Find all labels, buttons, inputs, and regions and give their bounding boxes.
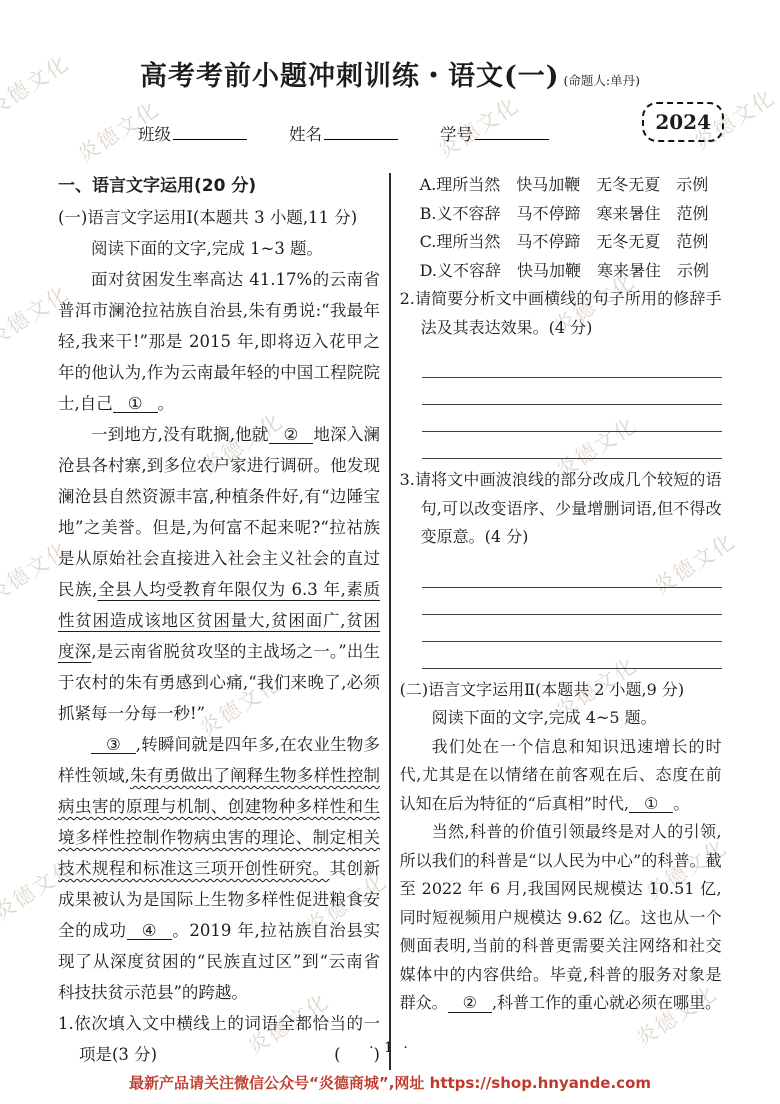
text-segment: ,科普工作的重心就必须在哪里。 <box>492 993 721 1012</box>
option-b-item: 马不停蹄 <box>516 204 580 223</box>
option-b-item: 义不容辞 <box>436 204 500 223</box>
answer-line <box>422 378 722 405</box>
option-b-label: B. <box>420 204 437 223</box>
text-segment: 当然,科普的价值引领最终是对人的引领,所以我们的科普是“以人民为中心”的科普。截… <box>400 822 722 1012</box>
student-id-blank-line <box>475 123 549 141</box>
option-d-item: 快马加鞭 <box>517 261 581 280</box>
answer-line <box>422 351 722 378</box>
page-number: · 1 · <box>0 1040 780 1056</box>
option-c-label: C. <box>420 232 437 251</box>
reading-prompt-2: 阅读下面的文字,完成 4~5 题。 <box>400 704 722 733</box>
option-c-item: 范例 <box>676 232 708 251</box>
option-d-label: D. <box>420 261 437 280</box>
reading-prompt-1: 阅读下面的文字,完成 1~3 题。 <box>58 233 380 264</box>
text-segment: 面对贫困发生率高达 41.17%的云南省普洱市澜沧拉祜族自治县,朱有勇说:“我最… <box>58 270 380 413</box>
option-a-label: A. <box>420 175 437 194</box>
answer-line <box>422 432 722 459</box>
option-a-item: 示例 <box>676 175 708 194</box>
right-column: A.理所当然快马加鞭无冬无夏示例 B.义不容辞马不停蹄寒来暑住范例 C.理所当然… <box>400 171 722 1070</box>
section1-subheading: (一)语言文字运用Ⅰ(本题共 3 小题,11 分) <box>58 202 380 233</box>
answer-line <box>422 588 722 615</box>
option-a-item: 理所当然 <box>436 175 500 194</box>
passage2-paragraph-2: 当然,科普的价值引领最终是对人的引领,所以我们的科普是“以人民为中心”的科普。截… <box>400 818 722 1018</box>
question-2: 2.请简要分析文中画横线的句子所用的修辞手法及其表达效果。(4 分) <box>400 285 722 342</box>
class-blank-line <box>173 123 247 141</box>
question-1-number: 1. <box>58 1014 74 1033</box>
fill-in-blank-slot: ④ <box>127 922 172 940</box>
footer-notice: 最新产品请关注微信公众号“炎德商城”,网址 https://shop.hnyan… <box>0 1072 780 1093</box>
option-c-item: 理所当然 <box>436 232 500 251</box>
student-id-label: 学号 <box>440 125 473 144</box>
fill-in-blank-slot: ① <box>629 796 673 814</box>
text-segment: 一到地方,没有耽搁,他就 <box>91 425 269 444</box>
fill-in-blank-slot: ③ <box>91 736 136 754</box>
passage1-paragraph-1: 面对贫困发生率高达 41.17%的云南省普洱市澜沧拉祜族自治县,朱有勇说:“我最… <box>58 264 380 419</box>
name-field: 姓名 <box>289 121 398 145</box>
option-row-d: D.义不容辞快马加鞭寒来暑住示例 <box>400 257 722 286</box>
option-a-item: 无冬无夏 <box>596 175 660 194</box>
student-id-field: 学号 <box>440 121 549 145</box>
option-row-a: A.理所当然快马加鞭无冬无夏示例 <box>400 171 722 200</box>
option-c-item: 无冬无夏 <box>596 232 660 251</box>
fill-in-blank-slot: ② <box>269 426 314 444</box>
option-b-item: 范例 <box>676 204 708 223</box>
text-segment: ,是云南省脱贫攻坚的主战场之一。”出生于农村的朱有勇感到心痛,“我们来晚了,必须… <box>58 642 380 723</box>
option-row-b: B.义不容辞马不停蹄寒来暑住范例 <box>400 200 722 229</box>
answer-line <box>422 561 722 588</box>
name-label: 姓名 <box>289 125 322 144</box>
question-3-answer-area <box>400 561 722 669</box>
option-b-item: 寒来暑住 <box>596 204 660 223</box>
section2-subheading: (二)语言文字运用Ⅱ(本题共 2 小题,9 分) <box>400 676 722 705</box>
answer-line <box>422 405 722 432</box>
name-blank-line <box>324 123 398 141</box>
answer-line <box>422 642 722 669</box>
fill-in-blank-slot: ① <box>113 395 158 413</box>
year-badge: 2024 <box>642 102 724 142</box>
question-2-answer-area <box>400 351 722 459</box>
option-row-c: C.理所当然马不停蹄无冬无夏范例 <box>400 228 722 257</box>
title-note: (命题人:单丹) <box>564 73 640 88</box>
class-label: 班级 <box>138 125 171 144</box>
option-d-item: 示例 <box>677 261 709 280</box>
page-title: 高考考前小题冲刺训练・语文(一) <box>140 61 560 92</box>
fill-in-blank-slot: ② <box>448 995 492 1013</box>
option-d-item: 寒来暑住 <box>597 261 661 280</box>
question-3: 3.请将文中画波浪线的部分改成几个较短的语句,可以改变语序、少量增删词语,但不得… <box>400 466 722 552</box>
question-3-text: 请将文中画波浪线的部分改成几个较短的语句,可以改变语序、少量增删词语,但不得改变… <box>415 470 722 546</box>
passage1-paragraph-3: ③,转瞬间就是四年多,在农业生物多样性领域,朱有勇做出了阐释生物多样性控制病虫害… <box>58 729 380 1008</box>
exam-page: 炎德文化 炎德文化 炎德文化 炎德文化 炎德文化 炎德文化 炎德文化 炎德文化 … <box>0 0 780 1104</box>
content-columns: 一、语言文字运用(20 分) (一)语言文字运用Ⅰ(本题共 3 小题,11 分)… <box>58 171 722 1070</box>
text-segment: 。 <box>158 394 175 413</box>
section1-heading: 一、语言文字运用(20 分) <box>58 171 380 202</box>
question-2-text: 请简要分析文中画横线的句子所用的修辞手法及其表达效果。(4 分) <box>415 289 722 337</box>
text-segment: 地深入澜沧县各村寨,到多位农户家进行调研。他发现澜沧县自然资源丰富,种植条件好,… <box>58 425 380 599</box>
text-segment: 。 <box>673 794 689 813</box>
option-c-item: 马不停蹄 <box>516 232 580 251</box>
option-a-item: 快马加鞭 <box>516 175 580 194</box>
option-d-item: 义不容辞 <box>437 261 501 280</box>
class-field: 班级 <box>138 121 247 145</box>
column-divider <box>389 173 391 1070</box>
question-1: 1.依次填入文中横线上的词语全都恰当的一项是(3 分)( ) <box>58 1008 380 1070</box>
answer-line <box>422 615 722 642</box>
question-2-number: 2. <box>400 289 415 308</box>
question-3-number: 3. <box>400 470 415 489</box>
passage1-paragraph-2: 一到地方,没有耽搁,他就②地深入澜沧县各村寨,到多位农户家进行调研。他发现澜沧县… <box>58 419 380 729</box>
left-column: 一、语言文字运用(20 分) (一)语言文字运用Ⅰ(本题共 3 小题,11 分)… <box>58 171 380 1070</box>
passage2-paragraph-1: 我们处在一个信息和知识迅速增长的时代,尤其是在以情绪在前客观在后、态度在前认知在… <box>400 733 722 819</box>
